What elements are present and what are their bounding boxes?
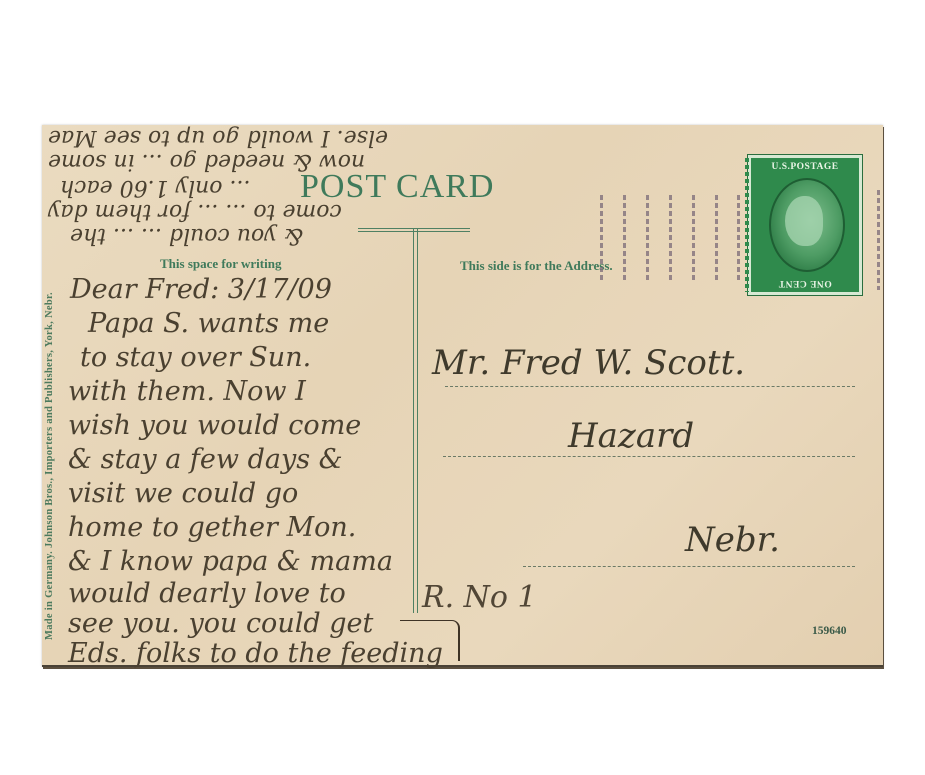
message-line: Eds. folks to do the feeding — [68, 640, 443, 667]
serial-number: 159640 — [812, 625, 847, 637]
recipient-city: Hazard — [568, 416, 694, 456]
franklin-portrait-icon — [769, 178, 845, 272]
postage-stamp: U.S.POSTAGE ONE CENT — [748, 155, 862, 295]
cancellation-mark — [715, 195, 718, 283]
message-line: see you. you could get — [68, 610, 373, 637]
rural-route: R. No 1 — [422, 580, 537, 615]
recipient-name: Mr. Fred W. Scott. — [432, 343, 745, 383]
address-side-label: This side is for the Address. — [460, 258, 613, 274]
portrait-head — [785, 196, 823, 246]
message-line: with them. Now I — [68, 378, 306, 405]
message-line: Dear Fred: 3/17/09 — [70, 276, 332, 303]
stamp-bottom-text: ONE CENT — [751, 278, 859, 288]
message-line: Papa S. wants me — [88, 310, 329, 337]
message-line: would dearly love to — [68, 580, 346, 607]
cancellation-mark — [600, 195, 603, 283]
message-line: to stay over Sun. — [80, 344, 311, 371]
message-line: home to gether Mon. — [68, 514, 356, 541]
divider-vertical — [413, 228, 418, 613]
message-line-inverted: now & needed go ... in some — [48, 150, 365, 172]
message-line-inverted: come to ... ... for them day — [48, 200, 342, 222]
cancellation-mark — [877, 190, 880, 290]
address-line-1 — [445, 386, 855, 387]
message-line: & stay a few days & — [68, 446, 343, 473]
ink-bracket — [400, 620, 460, 661]
cancellation-mark — [623, 195, 626, 283]
message-line-inverted: ... only 1.60 each — [60, 176, 250, 198]
writing-space-label: This space for writing — [160, 256, 281, 272]
message-line-inverted: else. I would go up to see Mae — [48, 126, 388, 148]
recipient-state: Nebr. — [685, 520, 780, 560]
message-line: visit we could go — [68, 480, 298, 507]
address-line-2 — [443, 456, 855, 457]
address-line-3 — [523, 566, 855, 567]
cancellation-mark — [669, 195, 672, 283]
cancellation-mark — [692, 195, 695, 283]
message-line: wish you would come — [68, 412, 361, 439]
message-line-inverted: & you could ... ... the — [70, 224, 303, 246]
cancellation-mark — [737, 195, 740, 283]
publisher-imprint: Made in Germany. Johnson Bros., Importer… — [44, 292, 55, 640]
stamp-top-text: U.S.POSTAGE — [751, 162, 859, 172]
message-line: & I know papa & mama — [68, 548, 393, 575]
stamp-perforation — [745, 158, 749, 292]
cancellation-mark — [646, 195, 649, 283]
